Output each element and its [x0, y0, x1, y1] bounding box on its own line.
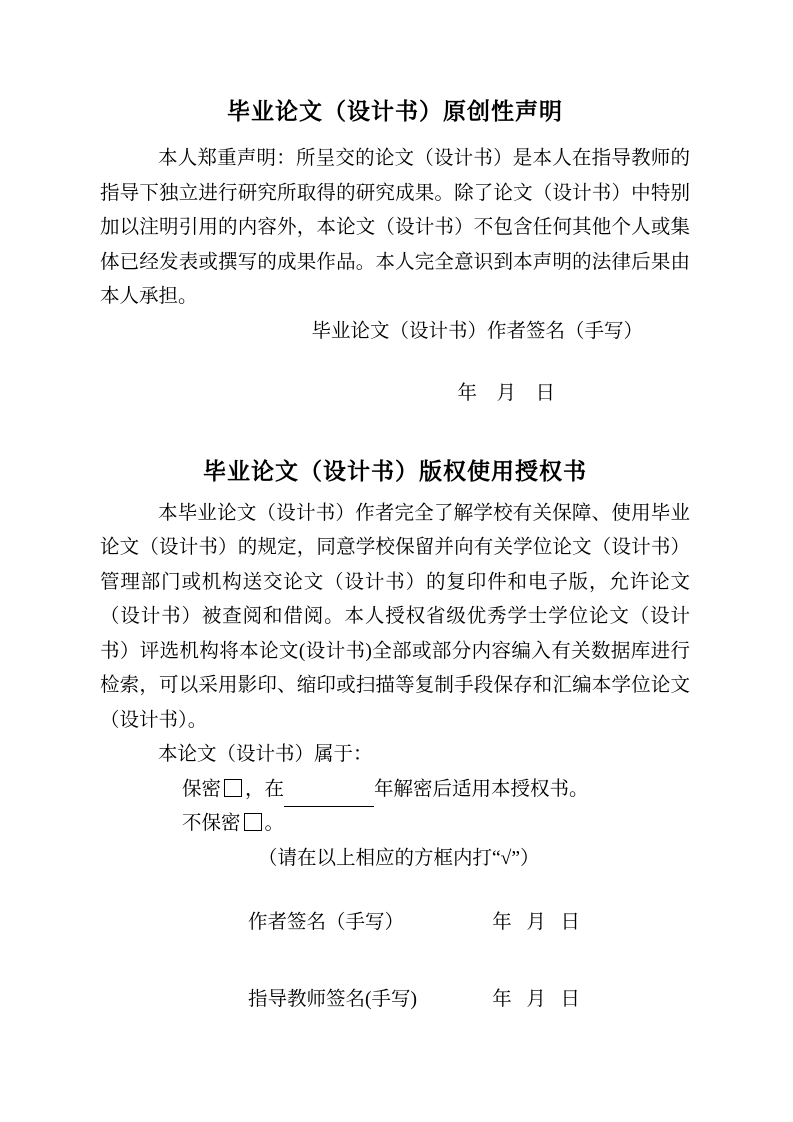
supervisor-signature-row: 指导教师签名(手写) 年 月 日	[100, 983, 690, 1018]
tick-instruction-note: （请在以上相应的方框内打“√”）	[258, 842, 690, 877]
statement-author-signature-label: 毕业论文（设计书）作者签名（手写）	[100, 315, 690, 350]
confidential-option-line: 保密，在年解密后适用本授权书。	[182, 773, 690, 808]
originality-statement-body: 本人郑重声明：所呈交的论文（设计书）是本人在指导教师的指导下独立进行研究所取得的…	[100, 142, 690, 315]
supervisor-signature-label: 指导教师签名(手写)	[248, 983, 417, 1018]
confidential-option-prefix: 保密	[182, 779, 221, 800]
confidential-option-middle: ，在	[245, 779, 284, 800]
statement-date-line: 年 月 日	[100, 377, 690, 412]
non-confidential-option-prefix: 不保密	[182, 813, 241, 834]
page-content: 毕业论文（设计书）原创性声明 本人郑重声明：所呈交的论文（设计书）是本人在指导教…	[100, 0, 690, 1017]
non-confidential-checkbox[interactable]	[244, 813, 262, 831]
originality-statement-title: 毕业论文（设计书）原创性声明	[100, 0, 690, 127]
decrypt-year-blank[interactable]	[284, 786, 374, 807]
document-page: 毕业论文（设计书）原创性声明 本人郑重声明：所呈交的论文（设计书）是本人在指导教…	[0, 0, 793, 1122]
thesis-belongs-label: 本论文（设计书）属于：	[100, 738, 690, 773]
copyright-authorization-title: 毕业论文（设计书）版权使用授权书	[100, 455, 690, 487]
author-signature-date-line: 年 月 日	[492, 906, 580, 941]
non-confidential-option-line: 不保密。	[182, 807, 690, 842]
author-signature-row: 作者签名（手写） 年 月 日	[100, 906, 690, 941]
confidential-option-suffix: 年解密后适用本授权书。	[374, 779, 589, 800]
author-signature-label: 作者签名（手写）	[248, 906, 404, 941]
non-confidential-option-suffix: 。	[265, 813, 285, 834]
copyright-authorization-body: 本毕业论文（设计书）作者完全了解学校有关保障、使用毕业论文（设计书）的规定，同意…	[100, 497, 690, 739]
confidential-checkbox[interactable]	[224, 779, 242, 797]
supervisor-signature-date-line: 年 月 日	[492, 983, 580, 1018]
